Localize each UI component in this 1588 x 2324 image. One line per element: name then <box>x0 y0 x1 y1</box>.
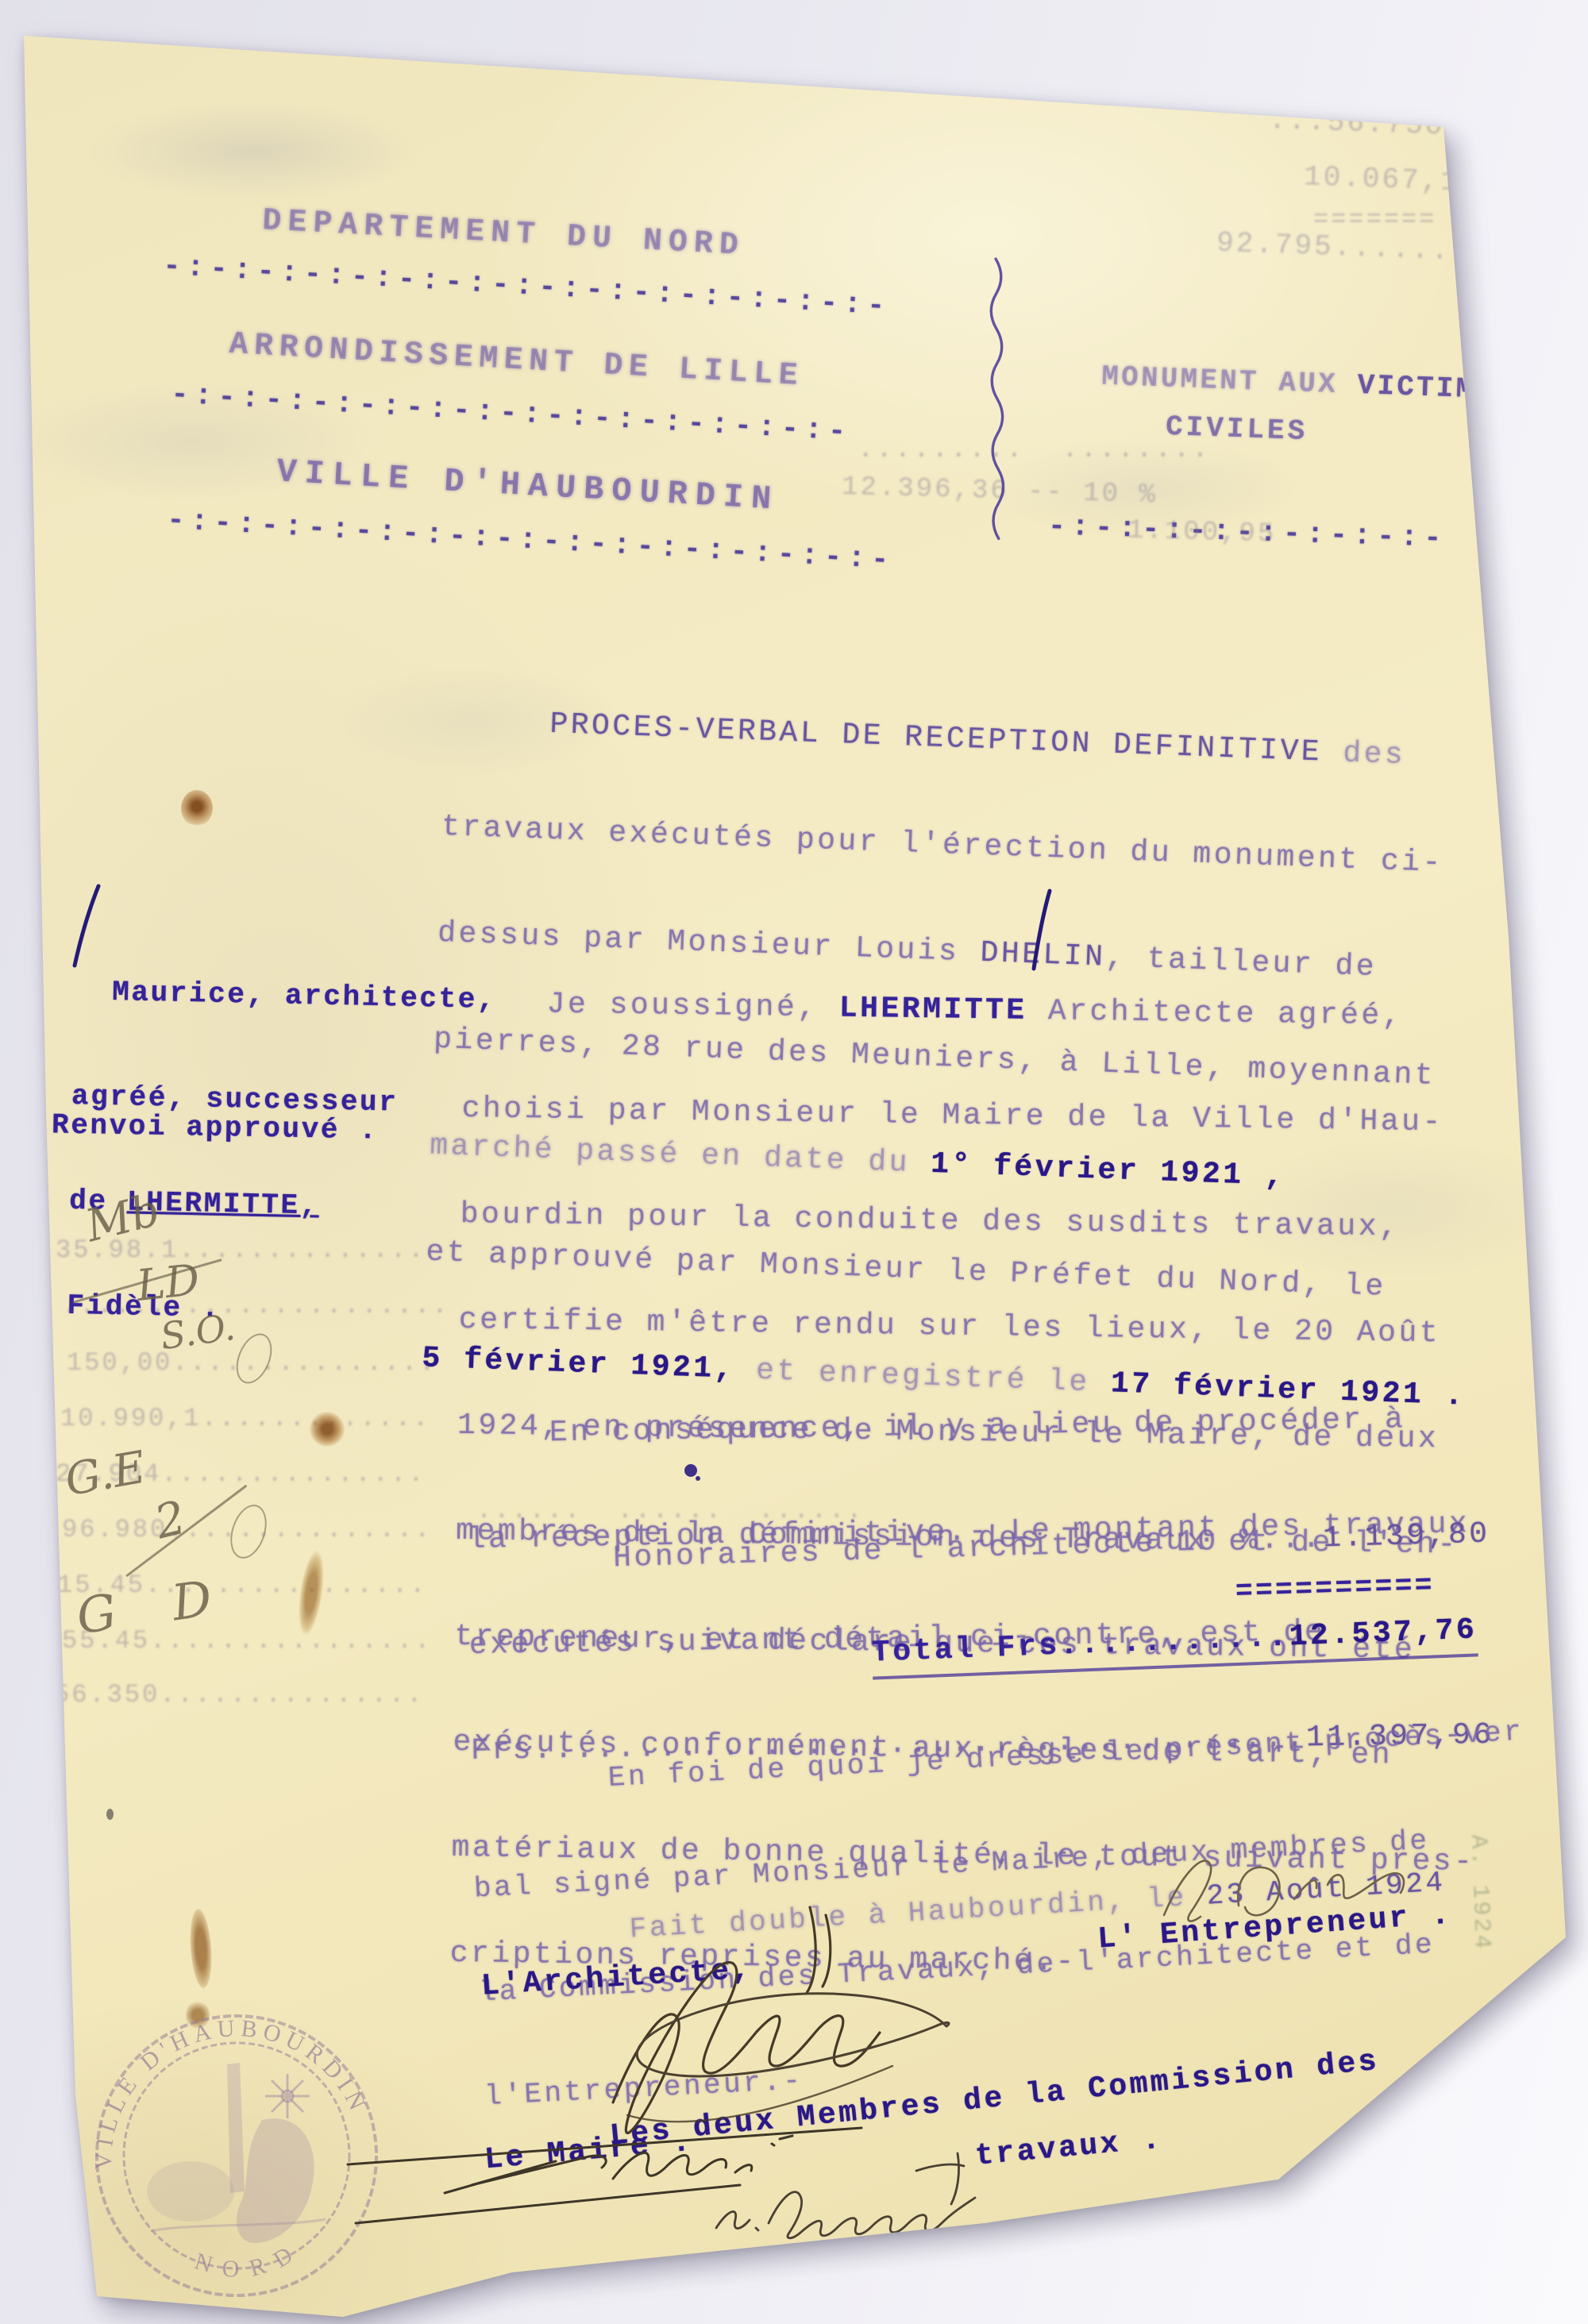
paper-shadow: DEPARTEMENT DU NORD -:-:-:-:-:-:-:-:-:-:… <box>0 0 1588 2324</box>
document-paper: DEPARTEMENT DU NORD -:-:-:-:-:-:-:-:-:-:… <box>0 0 1588 2324</box>
commission-member-signature-1 <box>716 2153 975 2295</box>
insertion-slash-margin <box>75 886 98 965</box>
scanned-document-photo: { "header_left": { "dept": "DEPARTEMENT … <box>0 0 1588 2324</box>
architect-signature <box>613 1907 892 2133</box>
insertion-slash-body <box>1034 891 1050 969</box>
entrepreneur-signature <box>1164 1861 1404 1921</box>
header-separator-line <box>983 259 1011 539</box>
ink-splat <box>684 1464 700 1481</box>
handwriting-overlay <box>0 0 1588 2324</box>
commission-member-signature-2 <box>1105 2058 1558 2312</box>
mayor-signature <box>348 2128 861 2223</box>
